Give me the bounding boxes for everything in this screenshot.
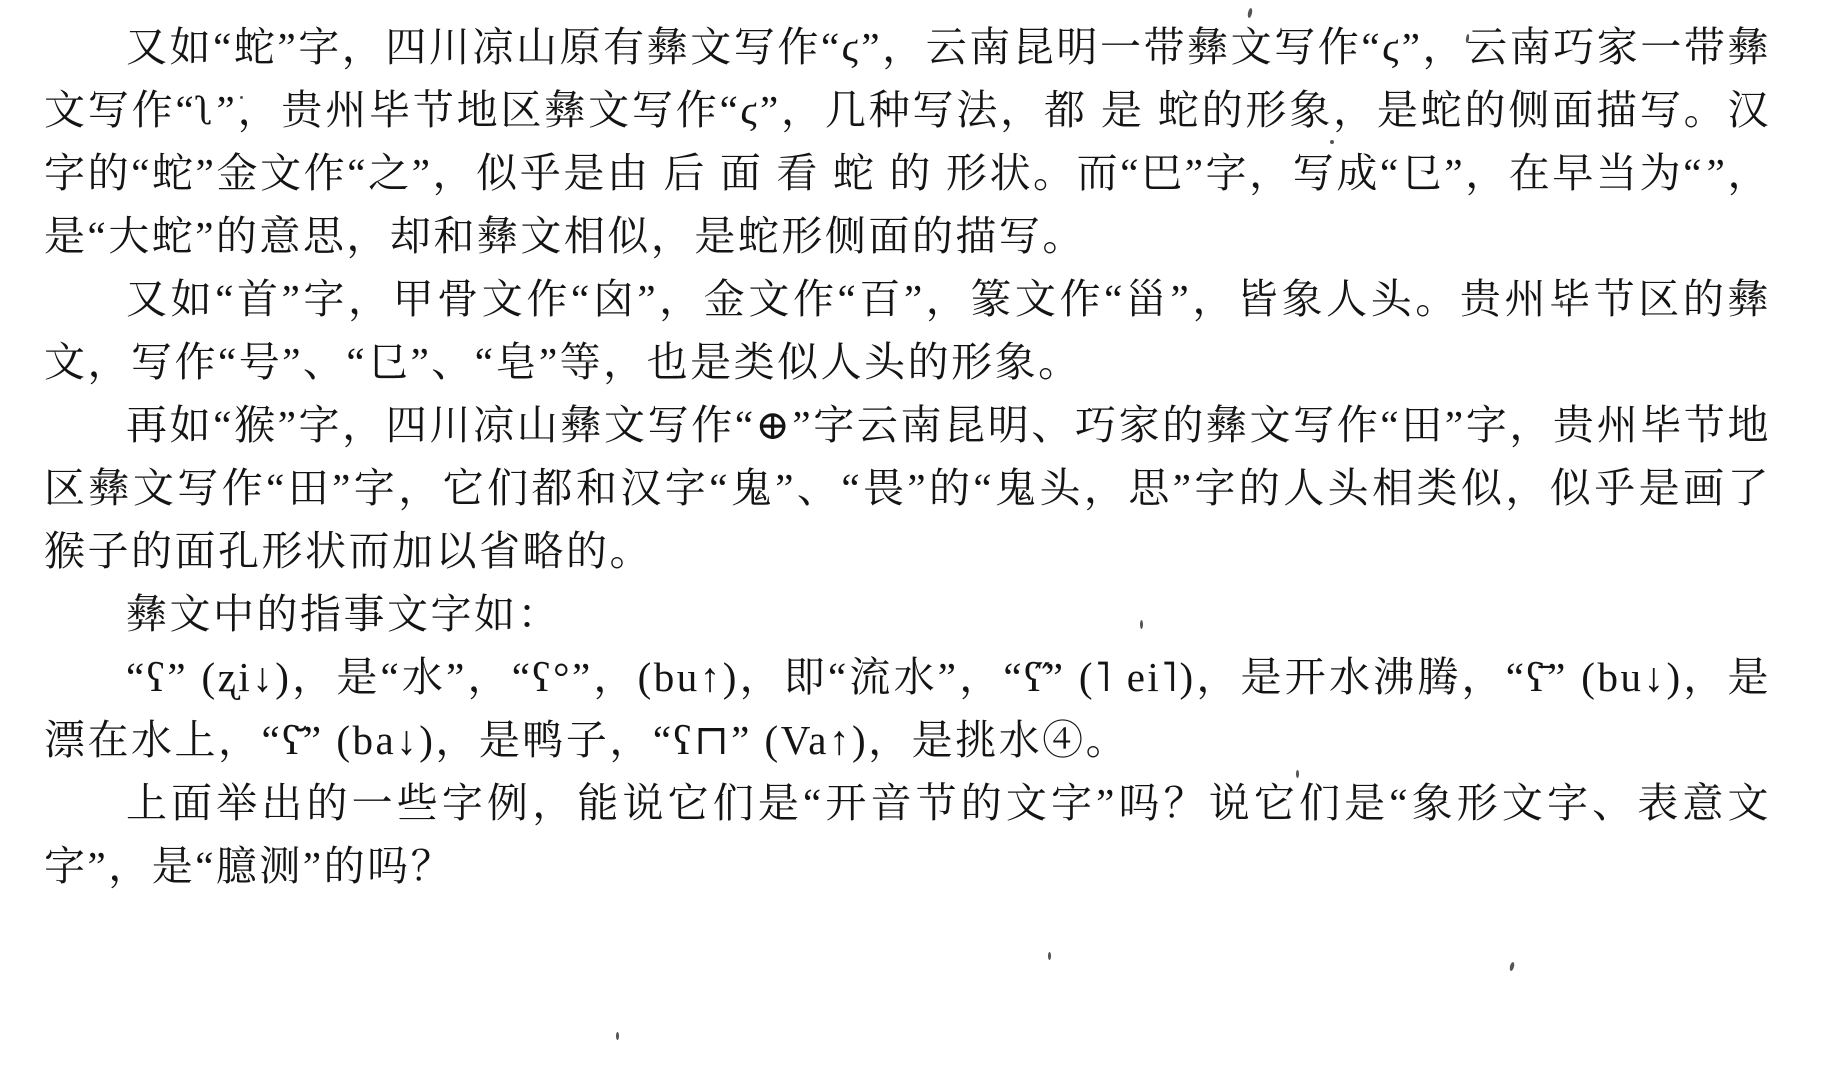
document-page: 又如“蛇”字，四川凉山原有彝文写作“ϛ”，云南昆明一带彝文写作“ϛ”，云南巧家一…	[0, 0, 1829, 1065]
paragraph: “ʕ” (ʐi↓)，是“水”，“ʕ°”，(bu↑)，即“流水”，“ʕ̋” (˥ …	[44, 646, 1771, 772]
scan-noise-speck	[1048, 952, 1051, 960]
scan-noise-speck	[1509, 962, 1515, 972]
scan-noise-speck	[240, 96, 243, 99]
scan-noise-speck	[1330, 140, 1334, 144]
scan-noise-speck	[1140, 620, 1143, 629]
paragraph: 彝文中的指事文字如：	[44, 583, 1771, 646]
paragraph: 再如“猴”字，四川凉山彝文写作“⊕”字云南昆明、巧家的彝文写作“田”字，贵州毕节…	[44, 394, 1771, 583]
scan-noise-speck	[1560, 300, 1563, 308]
paragraph: 又如“蛇”字，四川凉山原有彝文写作“ϛ”，云南昆明一带彝文写作“ϛ”，云南巧家一…	[44, 16, 1771, 268]
paragraph: 又如“首”字，甲骨文作“囟”，金文作“百”，篆文作“甾”，皆象人头。贵州毕节区的…	[44, 268, 1771, 394]
scan-noise-speck	[1296, 770, 1299, 778]
scan-noise-speck	[616, 1032, 619, 1040]
paragraph: 上面举出的一些字例，能说它们是“开音节的文字”吗？说它们是“象形文字、表意文字”…	[44, 772, 1771, 898]
